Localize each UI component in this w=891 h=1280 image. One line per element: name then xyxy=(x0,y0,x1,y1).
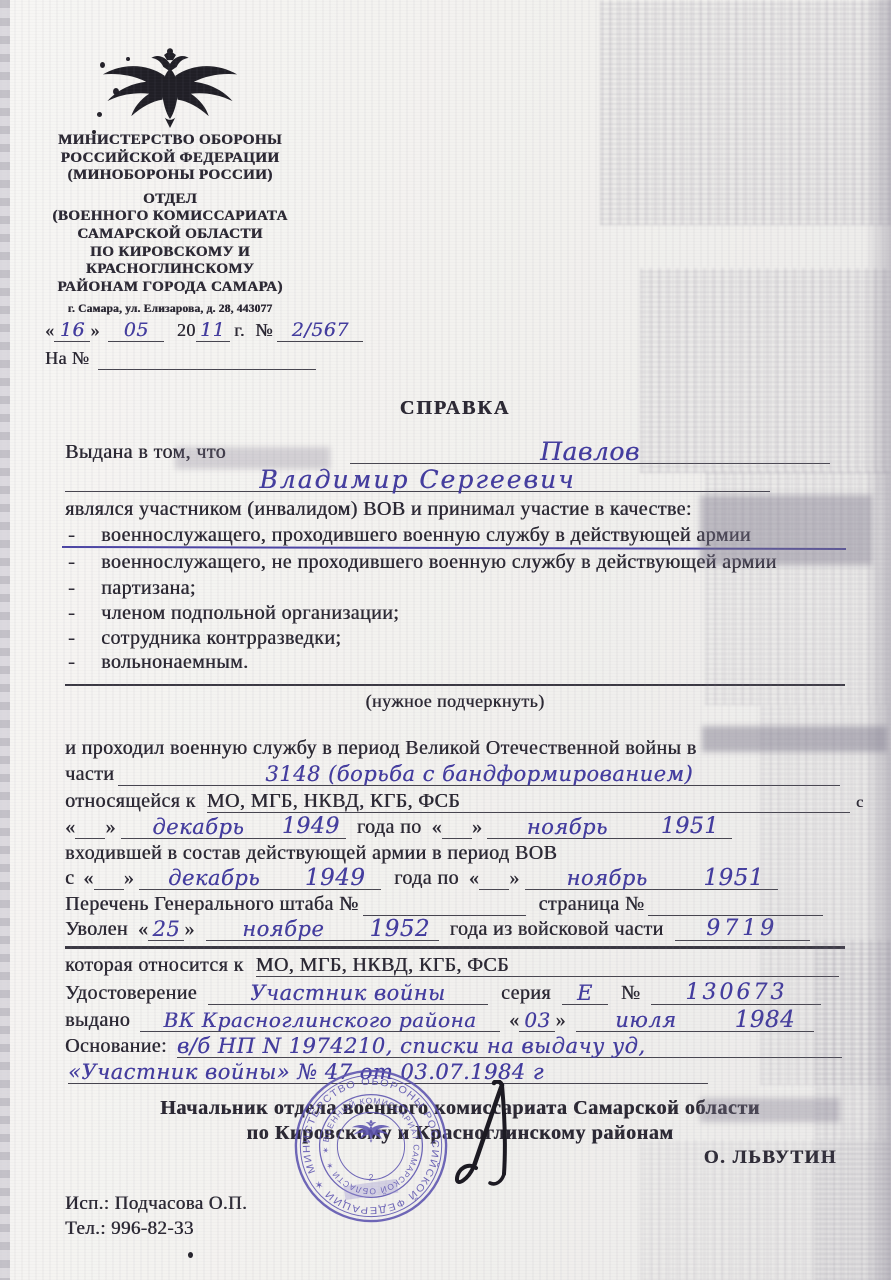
ref-label: На № xyxy=(45,348,89,368)
quote-open: « xyxy=(65,816,75,838)
belongs-agencies: МО, МГБ, НКВД, КГБ, ФСБ xyxy=(207,789,460,813)
belongs-label: относящейся к xyxy=(65,790,196,812)
unit-field: 3148 (борьба с бандформированием) xyxy=(118,762,840,786)
issued-lead-label: Выдана в том, что xyxy=(65,441,226,463)
handwritten-doc-number: 2/567 xyxy=(292,319,349,341)
period2-prefix: с xyxy=(65,867,74,889)
document-number-field: 2/567 xyxy=(277,318,363,342)
letterhead: МИНИСТЕРСТВО ОБОРОНЫ РОССИЙСКОЙ ФЕДЕРАЦИ… xyxy=(28,46,312,315)
handwritten-discharge-day: 25 xyxy=(152,917,180,941)
belongs-line: относящейся к МО, МГБ, НКВД, КГБ, ФСБ xyxy=(65,789,850,813)
series-label: серия xyxy=(501,982,551,1004)
certificate-type-field: Участник войны xyxy=(208,981,488,1005)
service-period-line-1: «»декабрь1949 года по «»ноябрь1951 xyxy=(65,815,732,839)
list-dash: - xyxy=(68,551,75,573)
relates-agencies: МО, МГБ, НКВД, КГБ, ФСБ xyxy=(256,953,509,977)
department-name-line: КРАСНОГЛИНСКОМУ xyxy=(28,261,312,279)
list-item-text: военнослужащего, проходившего военную сл… xyxy=(101,524,751,546)
list-item: -членом подпольной организации; xyxy=(68,601,399,625)
handwritten-issue-day: 03 xyxy=(524,1008,550,1032)
quote-close: » xyxy=(555,1009,565,1031)
list-dash: - xyxy=(68,602,75,624)
phone-line: Тел.: 996-82-33 xyxy=(65,1217,194,1241)
scan-noise-top-right xyxy=(600,0,891,225)
gs-number-field xyxy=(363,892,526,916)
handwritten-month: 05 xyxy=(124,319,149,341)
issued-lead-line: Выдана в том, что Павлов xyxy=(65,440,226,464)
military-unit-line: части3148 (борьба с бандформированием) xyxy=(65,762,840,786)
from-year-field: 1949 xyxy=(289,866,381,890)
handwritten-to-month: ноябрь xyxy=(527,815,608,839)
discharge-unit-field: 9719 xyxy=(675,917,810,941)
year-suffix: г. xyxy=(234,320,245,340)
belongs-empty-field xyxy=(460,789,850,813)
issued-by-field: ВК Красноглинского района xyxy=(140,1008,500,1032)
basis-field: в/б НП N 1974210, списки на выдачу уд, xyxy=(177,1034,842,1058)
period-mid-label: года по xyxy=(357,816,422,838)
scan-edge-left xyxy=(0,0,10,1280)
year-prefix: 20 xyxy=(177,320,196,340)
discharge-year-field: 1952 xyxy=(361,917,439,941)
quote-close: » xyxy=(509,867,519,889)
stamp-outer-text: МИНИСТЕРСТВО ОБОРОНЫ РОССИЙСКОЙ ФЕДЕРАЦИ… xyxy=(287,1062,455,1230)
department-name-line: РАЙОНАМ ГОРОДА САМАРА) xyxy=(28,279,312,297)
quote-close: » xyxy=(472,816,482,838)
scanned-document: МИНИСТЕРСТВО ОБОРОНЫ РОССИЙСКОЙ ФЕДЕРАЦИ… xyxy=(0,0,891,1280)
general-staff-line: Перечень Генерального штаба № страница № xyxy=(65,892,823,916)
to-month-field: ноябрь xyxy=(487,815,647,839)
list-item-text: военнослужащего, не проходившего военную… xyxy=(101,551,777,573)
ministry-emblem-eagle-icon xyxy=(95,46,245,128)
certificate-line: Удостоверение Участник войны серия Е № 1… xyxy=(65,981,821,1005)
letterhead-address: г. Самара, ул. Елизарова, д. 28, 443077 xyxy=(28,303,312,315)
department-name-line: (ВОЕННОГО КОМИССАРИАТА xyxy=(28,208,312,226)
date-day-field: 16 xyxy=(54,318,90,342)
page-number-field xyxy=(648,892,823,916)
number-label: № xyxy=(255,320,273,340)
ref-number-field xyxy=(98,346,316,370)
relates-empty-field xyxy=(509,953,839,977)
handwritten-unit: 3148 (борьба с бандформированием) xyxy=(265,762,693,786)
to-year-field: 1951 xyxy=(690,866,778,890)
document-title: СПРАВКА xyxy=(65,396,845,420)
list-item: -вольнонаемным. xyxy=(68,650,248,674)
name-patronymic-field: Владимир Сергеевич xyxy=(65,468,770,492)
handwritten-from-year: 1949 xyxy=(305,865,366,891)
army-membership-line: входившей в состав действующей армии в п… xyxy=(65,841,557,865)
handwritten-discharge-year: 1952 xyxy=(369,916,430,942)
smudge-over-war-line xyxy=(702,726,887,752)
handwritten-discharge-unit: 9719 xyxy=(706,916,778,941)
series-field: Е xyxy=(562,981,608,1005)
separator-line xyxy=(65,684,845,686)
quote-open: « xyxy=(83,867,93,889)
quote-close: » xyxy=(184,918,194,940)
quote-close: » xyxy=(105,816,115,838)
discharge-line: Уволен «25» ноябре1952 года из войсковой… xyxy=(65,917,810,941)
handwritten-to-month: ноябрь xyxy=(567,866,648,890)
issue-year-field: 1984 xyxy=(716,1008,814,1032)
quote-open: « xyxy=(469,867,479,889)
executor-line: Исп.: Подчасова О.П. xyxy=(65,1192,247,1216)
handwritten-issued-by: ВК Красноглинского района xyxy=(164,1008,477,1032)
page-label: страница № xyxy=(539,893,645,915)
quote-close: » xyxy=(124,867,134,889)
list-item: -партизана; xyxy=(68,576,196,600)
document-date-line: «16» 05 2011 г. № 2/567 xyxy=(45,318,363,342)
ink-speck xyxy=(188,1252,193,1258)
discharge-label: Уволен xyxy=(65,918,128,940)
to-year-field: 1951 xyxy=(647,815,732,839)
service-intro-line: и проходил военную службу в период Велик… xyxy=(65,736,697,760)
surname-field: Павлов xyxy=(350,440,830,464)
list-dash: - xyxy=(68,577,75,599)
quote-open: « xyxy=(432,816,442,838)
day-field xyxy=(479,866,509,890)
round-stamp: МИНИСТЕРСТВО ОБОРОНЫ РОССИЙСКОЙ ФЕДЕРАЦИ… xyxy=(287,1062,455,1230)
list-item: -военнослужащего, проходившего военную с… xyxy=(68,523,751,547)
svg-text:МИНИСТЕРСТВО ОБОРОНЫ РОССИЙСКО: МИНИСТЕРСТВО ОБОРОНЫ РОССИЙСКОЙ ФЕДЕРАЦИ… xyxy=(287,1062,455,1230)
service-period-line-2: с «»декабрь1949 года по «»ноябрь1951 xyxy=(65,866,778,890)
discharge-month-field: ноябре xyxy=(206,917,361,941)
relates-line: которая относится к МО, МГБ, НКВД, КГБ, … xyxy=(65,953,839,977)
ministry-name-line: МИНИСТЕРСТВО ОБОРОНЫ xyxy=(28,132,312,150)
stamp-eagle-icon xyxy=(352,1120,390,1143)
day-field xyxy=(94,866,124,890)
date-year-field: 11 xyxy=(196,318,230,342)
list-item-text: членом подпольной организации; xyxy=(101,602,399,624)
day-field xyxy=(75,815,105,839)
basis-label: Основание: xyxy=(65,1035,167,1057)
day-field xyxy=(442,815,472,839)
handwritten-from-year: 1949 xyxy=(282,814,340,839)
handwritten-day: 16 xyxy=(60,319,85,341)
handwritten-from-month: декабрь xyxy=(152,815,244,839)
handwritten-to-year: 1951 xyxy=(703,865,764,891)
cert-number-label: № xyxy=(621,982,640,1004)
date-month-field: 05 xyxy=(108,318,164,342)
handwritten-series: Е xyxy=(577,981,593,1005)
reference-number-line: На № xyxy=(45,346,316,370)
list-item-text: сотрудника контрразведки; xyxy=(101,627,341,649)
from-month-field: декабрь xyxy=(139,866,289,890)
department-name-line: ПО КИРОВСКОМУ И xyxy=(28,244,312,262)
to-month-field: ноябрь xyxy=(525,866,690,890)
quote-open: « xyxy=(509,1009,519,1031)
list-dash: - xyxy=(68,627,75,649)
issued-by-label: выдано xyxy=(65,1009,130,1031)
handwritten-from-month: декабрь xyxy=(168,866,260,890)
ministry-name-line: РОССИЙСКОЙ ФЕДЕРАЦИИ xyxy=(28,150,312,168)
quote-open: « xyxy=(138,918,148,940)
list-item-text: вольнонаемным. xyxy=(101,651,248,673)
underline-note: (нужное подчеркнуть) xyxy=(65,689,845,713)
department-name-line: ОТДЕЛ xyxy=(28,191,312,209)
handwritten-basis: в/б НП N 1974210, списки на выдачу уд, xyxy=(177,1034,646,1058)
scan-noise-right-1 xyxy=(705,470,891,705)
cert-number-field: 130673 xyxy=(651,981,821,1005)
basis-line: Основание: в/б НП N 1974210, списки на в… xyxy=(65,1034,842,1058)
issue-month-field: июля xyxy=(576,1008,716,1032)
list-dash: - xyxy=(68,524,75,546)
stray-scan-character: с xyxy=(856,791,864,815)
issue-day-field: 03 xyxy=(519,1008,555,1032)
list-dash: - xyxy=(68,651,75,673)
list-item: -военнослужащего, не проходившего военну… xyxy=(68,550,777,574)
discharge-day-field: 25 xyxy=(148,917,184,941)
unit-label: части xyxy=(65,763,114,785)
separator-line-thick xyxy=(65,946,845,949)
statement-line: являлся участником (инвалидом) ВОВ и при… xyxy=(65,497,692,521)
handwritten-to-year: 1951 xyxy=(661,814,719,839)
handwritten-cert-number: 130673 xyxy=(685,980,787,1005)
list-item: -сотрудника контрразведки; xyxy=(68,626,341,650)
handwritten-issue-month: июля xyxy=(615,1008,676,1032)
from-month-field: декабрь xyxy=(121,815,276,839)
handwritten-certificate-type: Участник войны xyxy=(250,981,445,1005)
quote-close: » xyxy=(90,320,99,340)
issued-by-line: выдано ВК Красноглинского района «03» ию… xyxy=(65,1008,814,1032)
name-patronymic-line: Владимир Сергеевич xyxy=(65,468,770,492)
certificate-label: Удостоверение xyxy=(65,982,197,1004)
stamp-center-number: 2 xyxy=(369,1173,374,1183)
scan-edge-right xyxy=(865,0,891,1280)
list-item-text: партизана; xyxy=(101,577,196,599)
handwritten-issue-year: 1984 xyxy=(735,1007,796,1033)
discharge-mid-label: года из войсковой части xyxy=(450,918,664,940)
period-mid-label: года по xyxy=(394,867,459,889)
handwritten-year: 11 xyxy=(200,319,225,341)
from-year-field: 1949 xyxy=(276,815,346,839)
gs-label: Перечень Генерального штаба № xyxy=(65,893,359,915)
department-name-line: САМАРСКОЙ ОБЛАСТИ xyxy=(28,226,312,244)
ministry-name-line: (МИНОБОРОНЫ РОССИИ) xyxy=(28,167,312,185)
quote-open: « xyxy=(45,320,54,340)
handwritten-name-patronymic: Владимир Сергеевич xyxy=(259,465,575,494)
handwritten-surname: Павлов xyxy=(540,437,640,466)
handwritten-signature xyxy=(450,1080,525,1190)
handwritten-discharge-month: ноябре xyxy=(242,917,324,941)
relates-label: которая относится к xyxy=(65,954,244,976)
